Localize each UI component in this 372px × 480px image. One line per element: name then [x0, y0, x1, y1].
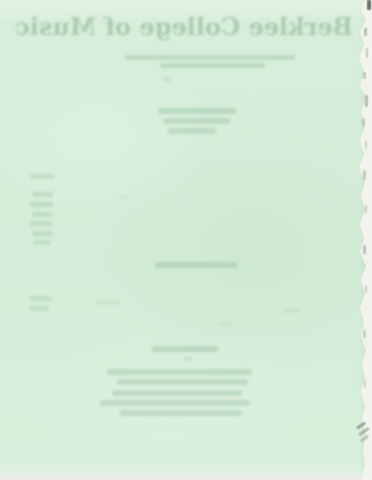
edge-mark [365, 140, 367, 149]
edge-mark [365, 205, 367, 213]
edge-mark [360, 435, 369, 443]
edge-mark [365, 95, 368, 107]
torn-edge-marks [0, 0, 372, 480]
edge-mark [365, 285, 367, 293]
scanned-page: Berklee College of Music [0, 0, 372, 480]
edge-mark [363, 72, 366, 79]
edge-mark [366, 48, 368, 58]
edge-mark [362, 118, 365, 126]
edge-mark [363, 245, 366, 254]
edge-mark [363, 170, 366, 180]
edge-mark [367, 0, 371, 10]
edge-mark [364, 380, 366, 388]
edge-mark [364, 28, 367, 36]
edge-mark [363, 330, 366, 338]
